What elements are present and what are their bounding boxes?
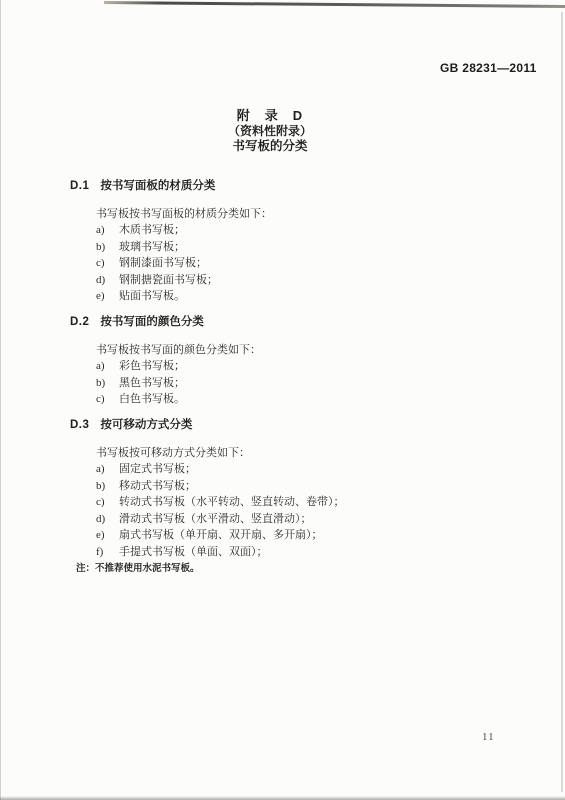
list-item: a)固定式书写板；: [96, 461, 525, 478]
list-item-label: f): [96, 544, 119, 561]
list-item-label: b): [96, 375, 119, 392]
section-d2-intro: 书写板按书写面的颜色分类如下：: [96, 342, 525, 359]
appendix-title-line2: （资料性附录）: [0, 124, 540, 140]
list-item-label: a): [96, 461, 119, 478]
appendix-title-block: 附 录 D （资料性附录） 书写板的分类: [0, 108, 540, 155]
section-d2-number: D.2: [70, 316, 89, 328]
list-item-text: 木质书写板；: [119, 224, 185, 236]
list-item: c)钢制漆面书写板；: [96, 255, 525, 272]
list-item-text: 钢制漆面书写板；: [119, 257, 207, 269]
section-d3-heading-text: 按可移动方式分类: [100, 419, 192, 431]
scan-edge-bottom: [0, 796, 565, 800]
list-item-text: 扇式书写板（单开扇、双开扇、多开扇）；: [119, 529, 323, 541]
list-item: a)木质书写板；: [96, 222, 525, 239]
list-item-text: 转动式书写板（水平转动、竖直转动、卷带）；: [119, 496, 345, 508]
list-item-text: 贴面书写板。: [119, 290, 185, 302]
list-item-label: e): [96, 288, 119, 305]
list-item: b)黑色书写板；: [96, 375, 525, 392]
section-d1-intro: 书写板按书写面板的材质分类如下：: [96, 206, 525, 223]
appendix-title-line3: 书写板的分类: [0, 139, 540, 155]
list-item-label: e): [96, 527, 119, 544]
scan-edge-top: [104, 1, 565, 8]
section-d3: D.3按可移动方式分类 书写板按可移动方式分类如下： a)固定式书写板；b)移动…: [70, 418, 525, 576]
section-d1-heading-text: 按书写面板的材质分类: [100, 180, 215, 192]
section-d2-item-list: a)彩色书写板；b)黑色书写板；c)白色书写板。: [96, 358, 525, 408]
list-item-label: a): [96, 358, 119, 375]
page-number: 11: [482, 731, 495, 743]
scan-edge-right: [561, 12, 563, 792]
list-item: e)扇式书写板（单开扇、双开扇、多开扇）；: [96, 527, 525, 544]
section-d3-note: 注：不推荐使用水泥书写板。: [76, 562, 525, 576]
list-item-text: 钢制搪瓷面书写板；: [119, 274, 218, 286]
list-item: a)彩色书写板；: [96, 358, 525, 375]
list-item-label: c): [96, 255, 119, 272]
section-d1-heading: D.1按书写面板的材质分类: [70, 179, 525, 193]
list-item-label: d): [96, 511, 119, 528]
list-item-text: 白色书写板。: [119, 393, 185, 405]
list-item-label: c): [96, 494, 119, 511]
list-item-text: 滑动式书写板（水平滑动、竖直滑动）；: [119, 513, 312, 525]
appendix-title-line1: 附 录 D: [0, 108, 540, 124]
section-d1: D.1按书写面板的材质分类 书写板按书写面板的材质分类如下： a)木质书写板；b…: [70, 179, 525, 305]
list-item-label: b): [96, 478, 119, 495]
list-item-text: 黑色书写板；: [119, 377, 185, 389]
section-d1-item-list: a)木质书写板；b)玻璃书写板；c)钢制漆面书写板；d)钢制搪瓷面书写板；e)贴…: [96, 222, 525, 305]
standard-number: GB 28231—2011: [440, 61, 537, 75]
list-item: f)手提式书写板（单面、双面）；: [96, 544, 525, 561]
list-item-text: 彩色书写板；: [119, 360, 185, 372]
list-item-text: 移动式书写板；: [119, 480, 196, 492]
section-d1-number: D.1: [70, 180, 89, 192]
section-d3-intro: 书写板按可移动方式分类如下：: [96, 445, 525, 462]
scanned-page: GB 28231—2011 附 录 D （资料性附录） 书写板的分类 D.1按书…: [0, 0, 565, 800]
list-item-label: a): [96, 222, 119, 239]
section-d3-number: D.3: [70, 419, 89, 431]
list-item: d)钢制搪瓷面书写板；: [96, 272, 525, 289]
list-item-label: b): [96, 239, 119, 256]
list-item-text: 固定式书写板；: [119, 463, 196, 475]
list-item: c)白色书写板。: [96, 391, 525, 408]
list-item-label: c): [96, 391, 119, 408]
list-item-text: 手提式书写板（单面、双面）；: [119, 546, 268, 558]
list-item: c)转动式书写板（水平转动、竖直转动、卷带）；: [96, 494, 525, 511]
section-d3-item-list: a)固定式书写板；b)移动式书写板；c)转动式书写板（水平转动、竖直转动、卷带）…: [96, 461, 525, 561]
list-item-label: d): [96, 272, 119, 289]
list-item: b)玻璃书写板；: [96, 239, 525, 256]
list-item: d)滑动式书写板（水平滑动、竖直滑动）；: [96, 511, 525, 528]
section-d2-heading: D.2按书写面的颜色分类: [70, 315, 525, 329]
list-item-text: 玻璃书写板；: [119, 241, 185, 253]
section-d2-heading-text: 按书写面的颜色分类: [100, 316, 204, 328]
list-item: b)移动式书写板；: [96, 478, 525, 495]
list-item: e)贴面书写板。: [96, 288, 525, 305]
section-d3-heading: D.3按可移动方式分类: [70, 418, 525, 432]
section-d2: D.2按书写面的颜色分类 书写板按书写面的颜色分类如下： a)彩色书写板；b)黑…: [70, 315, 525, 408]
